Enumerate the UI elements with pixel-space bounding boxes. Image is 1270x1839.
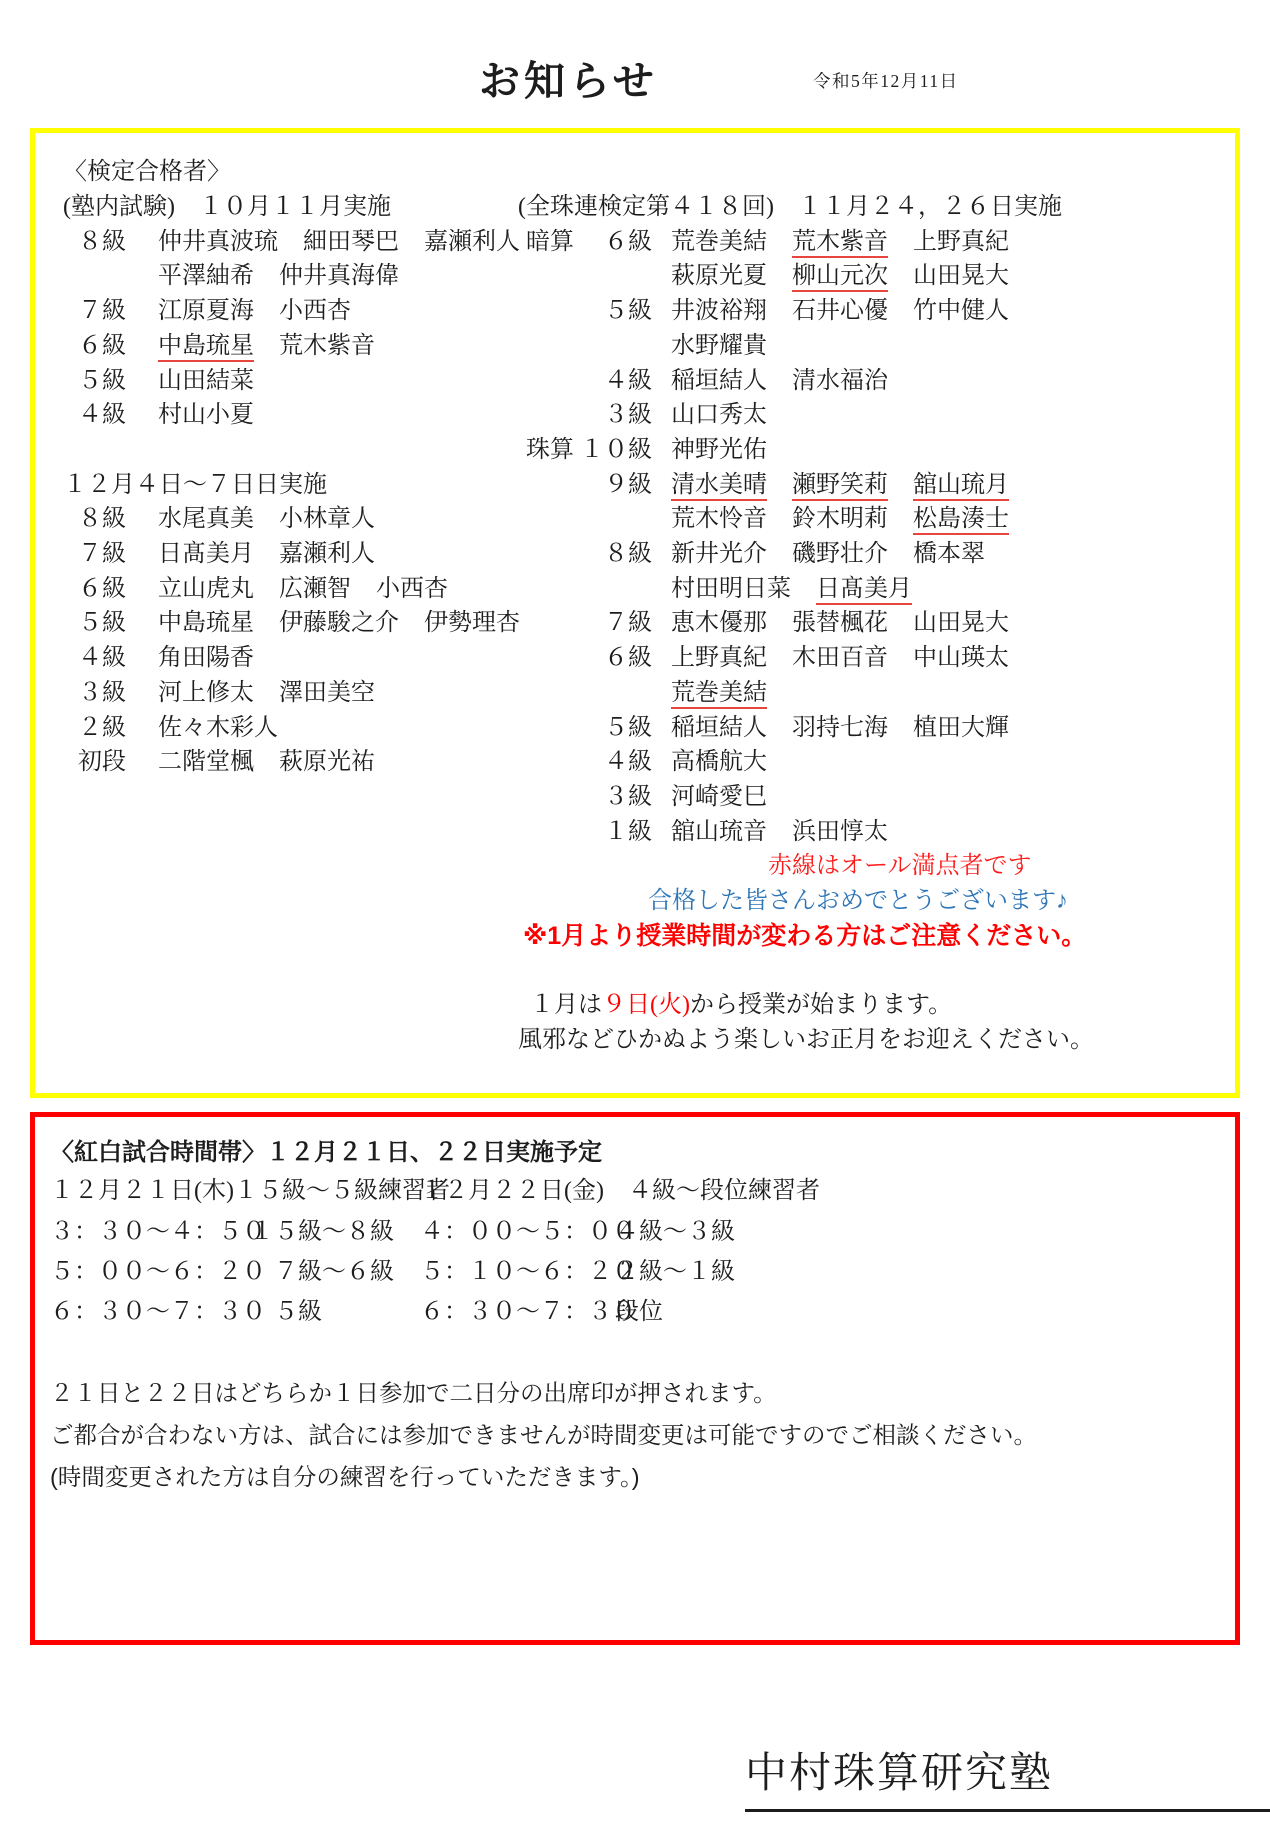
grade-label — [580, 259, 652, 294]
student-name: 河上修太 — [158, 680, 254, 707]
grade-label: ３級 — [580, 780, 652, 815]
grade-label: ６級 — [63, 572, 158, 607]
name-list: 江原夏海小西杏 — [158, 294, 518, 329]
name-list: 立山虎丸広瀬智小西杏 — [158, 572, 518, 607]
name-list: 角田陽香 — [158, 641, 518, 676]
student-name: 鈴木明莉 — [792, 506, 888, 533]
grade-label — [580, 502, 652, 537]
grade-label: ４級 — [580, 364, 652, 399]
student-name: 中島琉星 — [158, 610, 254, 637]
result-row: ４級 村山小夏 — [63, 398, 518, 433]
day2-time: ５：１０～６：２０ — [420, 1252, 615, 1292]
grade-label — [580, 572, 652, 607]
grade-label: ７級 — [63, 294, 158, 329]
name-list: 河上修太澤田美空 — [158, 676, 518, 711]
result-row: ８級 仲井真波琉細田琴巴嘉瀬利人 — [63, 225, 518, 260]
name-list: 河崎愛巳 — [671, 780, 1235, 815]
result-row: 初段 二階堂楓萩原光祐 — [63, 745, 518, 780]
grade-label: １級 — [580, 815, 652, 850]
result-row: ５級 山田結菜 — [63, 364, 518, 399]
student-name: 石井心優 — [792, 298, 888, 325]
category-label — [518, 329, 580, 364]
grade-label: ９級 — [580, 468, 652, 503]
student-name: 日髙美月 — [158, 541, 254, 568]
day2-time: ６：３０～７：３０ — [420, 1292, 615, 1332]
results-columns: (塾内試験) １０月１１月実施 ８級 仲井真波琉細田琴巴嘉瀬利人 平澤紬希仲井真… — [63, 190, 1235, 1058]
result-row: ３級 河上修太澤田美空 — [63, 676, 518, 711]
student-name: 山田晃大 — [913, 610, 1009, 637]
student-name: 浜田惇太 — [792, 819, 888, 846]
student-name: 竹中健人 — [913, 298, 1009, 325]
result-row: ６級 立山虎丸広瀬智小西杏 — [63, 572, 518, 607]
result-row: 村田明日菜日髙美月 — [518, 572, 1235, 607]
category-label — [518, 364, 580, 399]
january-start-suffix: から授業が始まります。 — [690, 992, 952, 1018]
category-label — [518, 711, 580, 746]
category-label — [518, 468, 580, 503]
day2-level: ２級～１級 — [615, 1252, 1235, 1292]
category-label — [518, 745, 580, 780]
schedule-notes: ２１日と２２日はどちらか１日参加で二日分の出席印が押されます。 ご都合が合わない… — [50, 1372, 1235, 1498]
day1-level: １５級～８級 — [250, 1212, 420, 1252]
grade-label: ７級 — [580, 606, 652, 641]
result-row: ３級 河崎愛巳 — [518, 780, 1235, 815]
name-list: 萩原光夏柳山元次山田晃大 — [671, 259, 1235, 294]
student-name: 水野耀貴 — [671, 333, 767, 360]
student-name: 仲井真海偉 — [279, 263, 399, 290]
student-name: 荒巻美結 — [671, 680, 767, 709]
student-name: 上野真紀 — [671, 645, 767, 672]
grade-label: ２級 — [63, 711, 158, 746]
student-name: 山田結菜 — [158, 368, 254, 395]
student-name: 磯野壮介 — [792, 541, 888, 568]
day2-level: ４級～３級 — [615, 1212, 1235, 1252]
student-name: 細田琴巴 — [303, 229, 399, 256]
grade-label: ５級 — [580, 294, 652, 329]
student-name: 立山虎丸 — [158, 576, 254, 603]
student-name: 清水美晴 — [671, 472, 767, 501]
student-name: 江原夏海 — [158, 298, 254, 325]
name-list: 村山小夏 — [158, 398, 518, 433]
grade-label: ６級 — [580, 225, 652, 260]
name-list: 荒巻美結荒木紫音上野真紀 — [671, 225, 1235, 260]
result-row: ６級 中島琉星荒木紫音 — [63, 329, 518, 364]
perfect-score-note: 赤線はオール満点者です — [768, 849, 1235, 884]
category-label: 珠算 — [518, 433, 580, 468]
student-name: 二階堂楓 — [158, 749, 254, 776]
day2-header: １２月２２日(金) ４級～段位練習者 — [420, 1171, 1235, 1212]
category-label — [518, 780, 580, 815]
day1-level: ５級 — [250, 1292, 420, 1332]
name-list: 井波裕翔石井心優竹中健人 — [671, 294, 1235, 329]
result-row: ７級 江原夏海小西杏 — [63, 294, 518, 329]
student-name: 橋本翠 — [913, 541, 985, 568]
student-name: 稲垣結人 — [671, 715, 767, 742]
student-name: 松島湊士 — [913, 506, 1009, 535]
category-label — [518, 676, 580, 711]
category-label — [518, 537, 580, 572]
schedule-change-warning: ※1月より授業時間が変わる方はご注意ください。 — [523, 919, 1235, 954]
juku-exam-subheading: (塾内試験) １０月１１月実施 — [63, 190, 518, 225]
grade-label: ５級 — [63, 606, 158, 641]
student-name: 小西杏 — [376, 576, 448, 603]
category-label — [518, 294, 580, 329]
student-name: 新井光介 — [671, 541, 767, 568]
student-name: 恵木優那 — [671, 610, 767, 637]
category-label — [518, 606, 580, 641]
exam-results-box: 〈検定合格者〉 (塾内試験) １０月１１月実施 ８級 仲井真波琉細田琴巴嘉瀬利人… — [30, 128, 1240, 1098]
name-list: 高橋航大 — [671, 745, 1235, 780]
zenshuren-subheading: (全珠連検定第４１８回) １１月２４，２６日実施 — [518, 190, 1235, 225]
grade-label: ５級 — [580, 711, 652, 746]
result-row: 萩原光夏柳山元次山田晃大 — [518, 259, 1235, 294]
name-list: 舘山琉音浜田惇太 — [671, 815, 1235, 850]
day2-level: 段位 — [615, 1292, 1235, 1332]
schedule-note: ２１日と２２日はどちらか１日参加で二日分の出席印が押されます。 — [50, 1372, 1235, 1414]
name-list: 清水美晴瀬野笑莉舘山琉月 — [671, 468, 1235, 503]
student-name: 清水福治 — [792, 368, 888, 395]
result-row: 荒木怜音鈴木明莉松島湊士 — [518, 502, 1235, 537]
student-name: 神野光佑 — [671, 437, 767, 464]
student-name: 平澤紬希 — [158, 263, 254, 290]
student-name: 中山瑛太 — [913, 645, 1009, 672]
day1-time: ３：３０～４：５０ — [50, 1212, 250, 1252]
january-start-note: １月は９日(火)から授業が始まります。 — [530, 988, 1235, 1023]
student-name: 萩原光祐 — [279, 749, 375, 776]
schedule-row: ６：３０～７：３０ ５級 ６：３０～７：３０ 段位 — [50, 1292, 1235, 1332]
congratulations-note: 合格した皆さんおめでとうございます♪ — [648, 884, 1235, 919]
grade-label: ４級 — [63, 398, 158, 433]
grade-label: １０級 — [580, 433, 652, 468]
student-name: 舘山琉音 — [671, 819, 767, 846]
student-name: 山口秀太 — [671, 402, 767, 429]
result-row: ４級 高橋航大 — [518, 745, 1235, 780]
grade-label: ３級 — [63, 676, 158, 711]
grade-label: ６級 — [580, 641, 652, 676]
grade-label: ４級 — [580, 745, 652, 780]
day1-header: １２月２１日(木)１５級～５級練習者 — [50, 1171, 420, 1212]
grade-label — [580, 329, 652, 364]
student-name: 稲垣結人 — [671, 368, 767, 395]
name-list: 水野耀貴 — [671, 329, 1235, 364]
category-label: 暗算 — [518, 225, 580, 260]
schedule-row: ５：００～６：２０ ７級～６級 ５：１０～６：２０ ２級～１級 — [50, 1252, 1235, 1292]
january-start-prefix: １月は — [530, 992, 602, 1018]
student-name: 角田陽香 — [158, 645, 254, 672]
student-name: 植田大輝 — [913, 715, 1009, 742]
grade-label — [63, 259, 158, 294]
juku-exam-column: (塾内試験) １０月１１月実施 ８級 仲井真波琉細田琴巴嘉瀬利人 平澤紬希仲井真… — [63, 190, 518, 780]
day1-time: ６：３０～７：３０ — [50, 1292, 250, 1332]
notice-page: お知らせ 令和5年12月11日 〈検定合格者〉 (塾内試験) １０月１１月実施 … — [0, 0, 1270, 1839]
result-row: ２級 佐々木彩人 — [63, 711, 518, 746]
category-label — [518, 259, 580, 294]
student-name: 伊勢理杏 — [424, 610, 520, 637]
student-name: 伊藤駿之介 — [279, 610, 399, 637]
document-date: 令和5年12月11日 — [813, 68, 959, 93]
grade-label — [580, 676, 652, 711]
school-name: 中村珠算研究塾 — [745, 1740, 1270, 1812]
category-label — [518, 502, 580, 537]
grade-label: ６級 — [63, 329, 158, 364]
student-name: 中島琉星 — [158, 333, 254, 362]
student-name: 舘山琉月 — [913, 472, 1009, 501]
result-row: ３級 山口秀太 — [518, 398, 1235, 433]
student-name: 荒木怜音 — [671, 506, 767, 533]
name-list: 二階堂楓萩原光祐 — [158, 745, 518, 780]
name-list: 神野光佑 — [671, 433, 1235, 468]
day2-time: ４：００～５：００ — [420, 1212, 615, 1252]
student-name: 木田百音 — [792, 645, 888, 672]
name-list: 中島琉星伊藤駿之介伊勢理杏 — [158, 606, 518, 641]
grade-label: ７級 — [63, 537, 158, 572]
grade-label: ３級 — [580, 398, 652, 433]
day1-level: ７級～６級 — [250, 1252, 420, 1292]
result-row: 水野耀貴 — [518, 329, 1235, 364]
student-name: 河崎愛巳 — [671, 784, 767, 811]
result-row: 平澤紬希仲井真海偉 — [63, 259, 518, 294]
name-list: 中島琉星荒木紫音 — [158, 329, 518, 364]
name-list: 平澤紬希仲井真海偉 — [158, 259, 518, 294]
name-list: 恵木優那張替楓花山田晃大 — [671, 606, 1235, 641]
grade-label: ８級 — [580, 537, 652, 572]
name-list: 荒木怜音鈴木明莉松島湊士 — [671, 502, 1235, 537]
category-label — [518, 641, 580, 676]
grade-label: ８級 — [63, 502, 158, 537]
name-list: 村田明日菜日髙美月 — [671, 572, 1235, 607]
name-list: 稲垣結人羽持七海植田大輝 — [671, 711, 1235, 746]
student-name: 瀬野笑莉 — [792, 472, 888, 501]
student-name: 高橋航大 — [671, 749, 767, 776]
newyear-greeting-note: 風邪などひかぬよう楽しいお正月をお迎えください。 — [518, 1023, 1235, 1058]
student-name: 井波裕翔 — [671, 298, 767, 325]
name-list: 新井光介磯野壮介橋本翠 — [671, 537, 1235, 572]
student-name: 萩原光夏 — [671, 263, 767, 290]
result-row: ７級 恵木優那張替楓花山田晃大 — [518, 606, 1235, 641]
name-list: 稲垣結人清水福治 — [671, 364, 1235, 399]
name-list: 荒巻美結 — [671, 676, 1235, 711]
category-label — [518, 572, 580, 607]
result-row: ８級 水尾真美小林章人 — [63, 502, 518, 537]
student-name: 荒木紫音 — [792, 229, 888, 258]
category-label — [518, 815, 580, 850]
result-row: 暗算 ６級 荒巻美結荒木紫音上野真紀 — [518, 225, 1235, 260]
student-name: 仲井真波琉 — [158, 229, 278, 256]
student-name: 澤田美空 — [279, 680, 375, 707]
student-name: 水尾真美 — [158, 506, 254, 533]
name-list: 上野真紀木田百音中山瑛太 — [671, 641, 1235, 676]
page-title: お知らせ — [479, 48, 658, 107]
grade-label: ５級 — [63, 364, 158, 399]
student-name: 荒木紫音 — [279, 333, 375, 360]
result-row: 珠算 １０級 神野光佑 — [518, 433, 1235, 468]
student-name: 山田晃大 — [913, 263, 1009, 290]
name-list: 仲井真波琉細田琴巴嘉瀬利人 — [158, 225, 518, 260]
grade-label: ４級 — [63, 641, 158, 676]
student-name: 嘉瀬利人 — [424, 229, 520, 256]
schedule-note: (時間変更された方は自分の練習を行っていただきます。) — [50, 1456, 1235, 1498]
match-schedule-box: 〈紅白試合時間帯〉１２月２１日、２２日実施予定 １２月２１日(木)１５級～５級練… — [30, 1112, 1240, 1645]
match-schedule-heading: 〈紅白試合時間帯〉１２月２１日、２２日実施予定 — [50, 1135, 1235, 1171]
student-name: 村田明日菜 — [671, 576, 791, 603]
result-row: ５級 稲垣結人羽持七海植田大輝 — [518, 711, 1235, 746]
december-exam-subheading: １２月４日～７日日実施 — [63, 468, 518, 503]
january-start-date: ９日(火) — [602, 992, 690, 1018]
result-row: １級 舘山琉音浜田惇太 — [518, 815, 1235, 850]
result-row: ８級 新井光介磯野壮介橋本翠 — [518, 537, 1235, 572]
student-name: 柳山元次 — [792, 263, 888, 292]
grade-label: 初段 — [63, 745, 158, 780]
student-name: 広瀬智 — [279, 576, 351, 603]
student-name: 小西杏 — [279, 298, 351, 325]
spacer — [63, 433, 518, 468]
grade-label: ８級 — [63, 225, 158, 260]
student-name: 小林章人 — [279, 506, 375, 533]
student-name: 村山小夏 — [158, 402, 254, 429]
student-name: 日髙美月 — [816, 576, 912, 605]
result-row: ４級 角田陽香 — [63, 641, 518, 676]
category-label — [518, 398, 580, 433]
match-day-headers: １２月２１日(木)１５級～５級練習者 １２月２２日(金) ４級～段位練習者 — [50, 1171, 1235, 1212]
name-list: 山田結菜 — [158, 364, 518, 399]
result-row: ５級 井波裕翔石井心優竹中健人 — [518, 294, 1235, 329]
result-row: ５級 中島琉星伊藤駿之介伊勢理杏 — [63, 606, 518, 641]
name-list: 日髙美月嘉瀬利人 — [158, 537, 518, 572]
name-list: 山口秀太 — [671, 398, 1235, 433]
student-name: 羽持七海 — [792, 715, 888, 742]
day1-time: ５：００～６：２０ — [50, 1252, 250, 1292]
name-list: 水尾真美小林章人 — [158, 502, 518, 537]
result-row: ４級 稲垣結人清水福治 — [518, 364, 1235, 399]
zenshuren-column: (全珠連検定第４１８回) １１月２４，２６日実施 暗算 ６級 荒巻美結荒木紫音上… — [518, 190, 1235, 1058]
student-name: 佐々木彩人 — [158, 715, 278, 742]
student-name: 荒巻美結 — [671, 229, 767, 256]
schedule-note: ご都合が合わない方は、試合には参加できませんが時間変更は可能ですのでご相談くださ… — [50, 1414, 1235, 1456]
result-row: 荒巻美結 — [518, 676, 1235, 711]
name-list: 佐々木彩人 — [158, 711, 518, 746]
student-name: 上野真紀 — [913, 229, 1009, 256]
result-row: ９級 清水美晴瀬野笑莉舘山琉月 — [518, 468, 1235, 503]
schedule-row: ３：３０～４：５０ １５級～８級 ４：００～５：００ ４級～３級 — [50, 1212, 1235, 1252]
result-row: ６級 上野真紀木田百音中山瑛太 — [518, 641, 1235, 676]
result-row: ７級 日髙美月嘉瀬利人 — [63, 537, 518, 572]
student-name: 張替楓花 — [792, 610, 888, 637]
student-name: 嘉瀬利人 — [279, 541, 375, 568]
exam-results-heading: 〈検定合格者〉 — [63, 155, 1235, 190]
